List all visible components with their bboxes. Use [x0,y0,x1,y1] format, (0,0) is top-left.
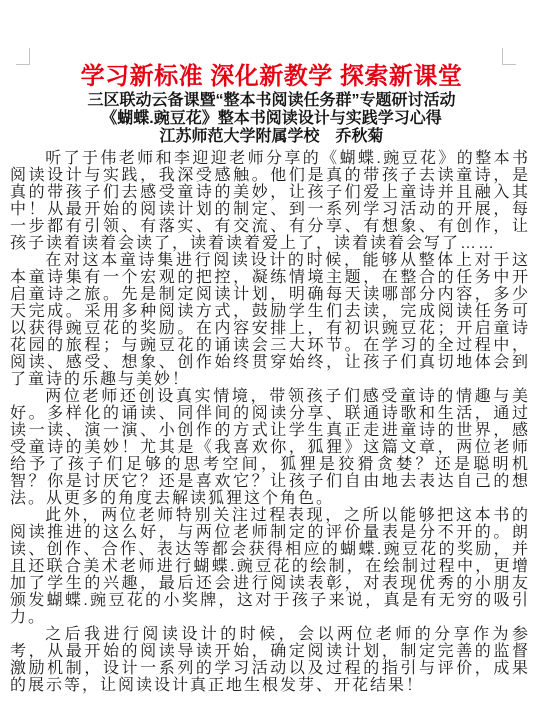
document-page: 学习新标准 深化新教学 探索新课堂 三区联动云备课暨“整本书阅读任务群”专题研讨… [0,0,543,725]
paragraph: 在对这本童诗集进行阅读设计的时候，能够从整体上对于这本童诗集有一个宏观的把控，凝… [10,252,530,388]
document-body: 听了于伟老师和李迎迎老师分享的《蝴蝶.豌豆花》的整本书阅读设计与实践，我深受感触… [0,150,543,694]
margin-corner-mark-top-left [16,48,30,65]
document-header: 学习新标准 深化新教学 探索新课堂 三区联动云备课暨“整本书阅读任务群”专题研讨… [0,0,543,146]
paragraph: 听了于伟老师和李迎迎老师分享的《蝴蝶.豌豆花》的整本书阅读设计与实践，我深受感触… [10,150,530,252]
paragraph: 此外，两位老师特别关注过程表现，之所以能够把这本书的阅读推进的这么好，与两位老师… [10,507,530,626]
subtitle-school-author: 江苏师范大学附属学校 乔秋菊 [0,128,543,146]
margin-corner-mark-top-right [502,48,516,65]
paragraph: 两位老师还创设真实情境，带领孩子们感受童诗的情趣与美好。多样化的诵读、同伴间的阅… [10,388,530,507]
paragraph: 之后我进行阅读设计的时候，会以两位老师的分享作为参考，从最开始的阅读导读开始，确… [10,626,530,694]
page-title: 学习新标准 深化新教学 探索新课堂 [0,62,543,92]
subtitle-activity: 三区联动云备课暨“整本书阅读任务群”专题研讨活动 [0,92,543,110]
subtitle-book-report: 《蝴蝶.豌豆花》整本书阅读设计与实践学习心得 [0,110,543,128]
